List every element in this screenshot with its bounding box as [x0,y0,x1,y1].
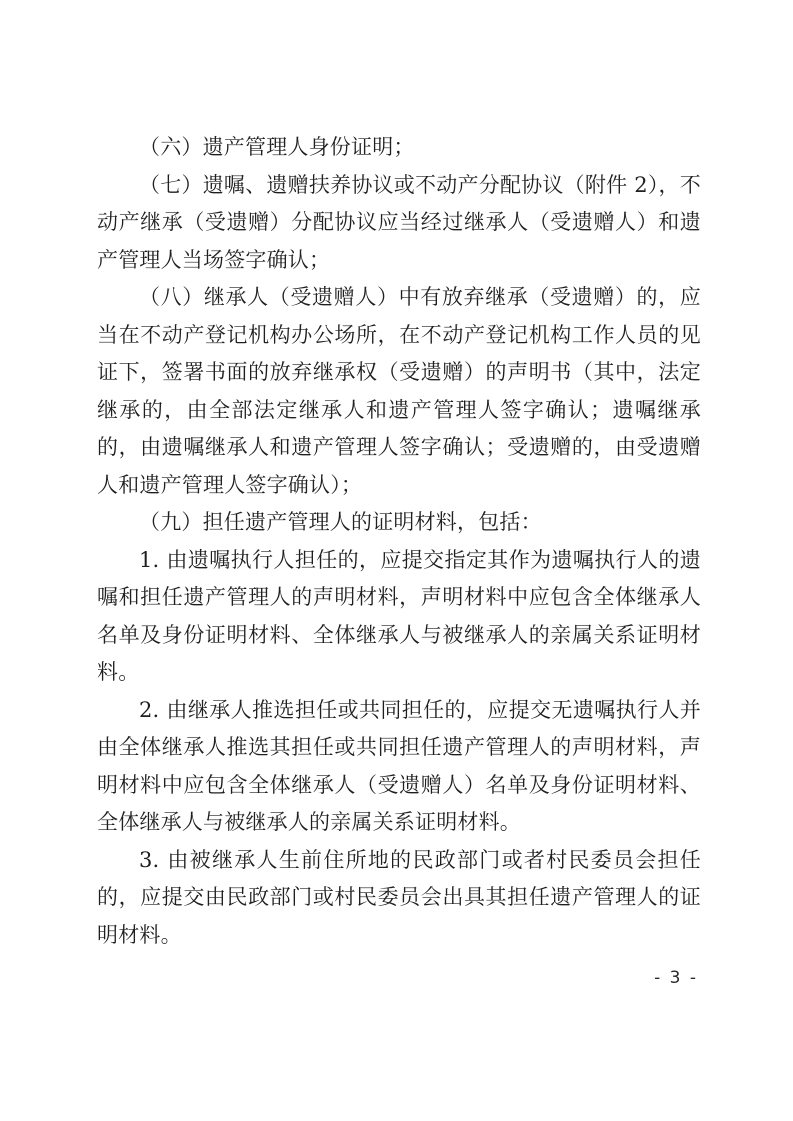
paragraph-clause-6: （六）遗产管理人身份证明； [97,129,701,167]
paragraph-clause-8: （八）继承人（受遗赠人）中有放弃继承（受遗赠）的，应当在不动产登记机构办公场所，… [97,279,701,504]
page-number: - 3 - [654,968,698,988]
paragraph-item-2: 2. 由继承人推选担任或共同担任的，应提交无遗嘱执行人并由全体继承人推选其担任或… [97,692,701,842]
document-page: （六）遗产管理人身份证明； （七）遗嘱、遗赠扶养协议或不动产分配协议（附件 2）… [0,0,793,1121]
paragraph-item-3: 3. 由被继承人生前住所地的民政部门或者村民委员会担任的，应提交由民政部门或村民… [97,842,701,955]
document-body: （六）遗产管理人身份证明； （七）遗嘱、遗赠扶养协议或不动产分配协议（附件 2）… [97,129,701,954]
paragraph-clause-9: （九）担任遗产管理人的证明材料，包括： [97,504,701,542]
paragraph-item-1: 1. 由遗嘱执行人担任的，应提交指定其作为遗嘱执行人的遗嘱和担任遗产管理人的声明… [97,542,701,692]
paragraph-clause-7: （七）遗嘱、遗赠扶养协议或不动产分配协议（附件 2），不动产继承（受遗赠）分配协… [97,167,701,280]
